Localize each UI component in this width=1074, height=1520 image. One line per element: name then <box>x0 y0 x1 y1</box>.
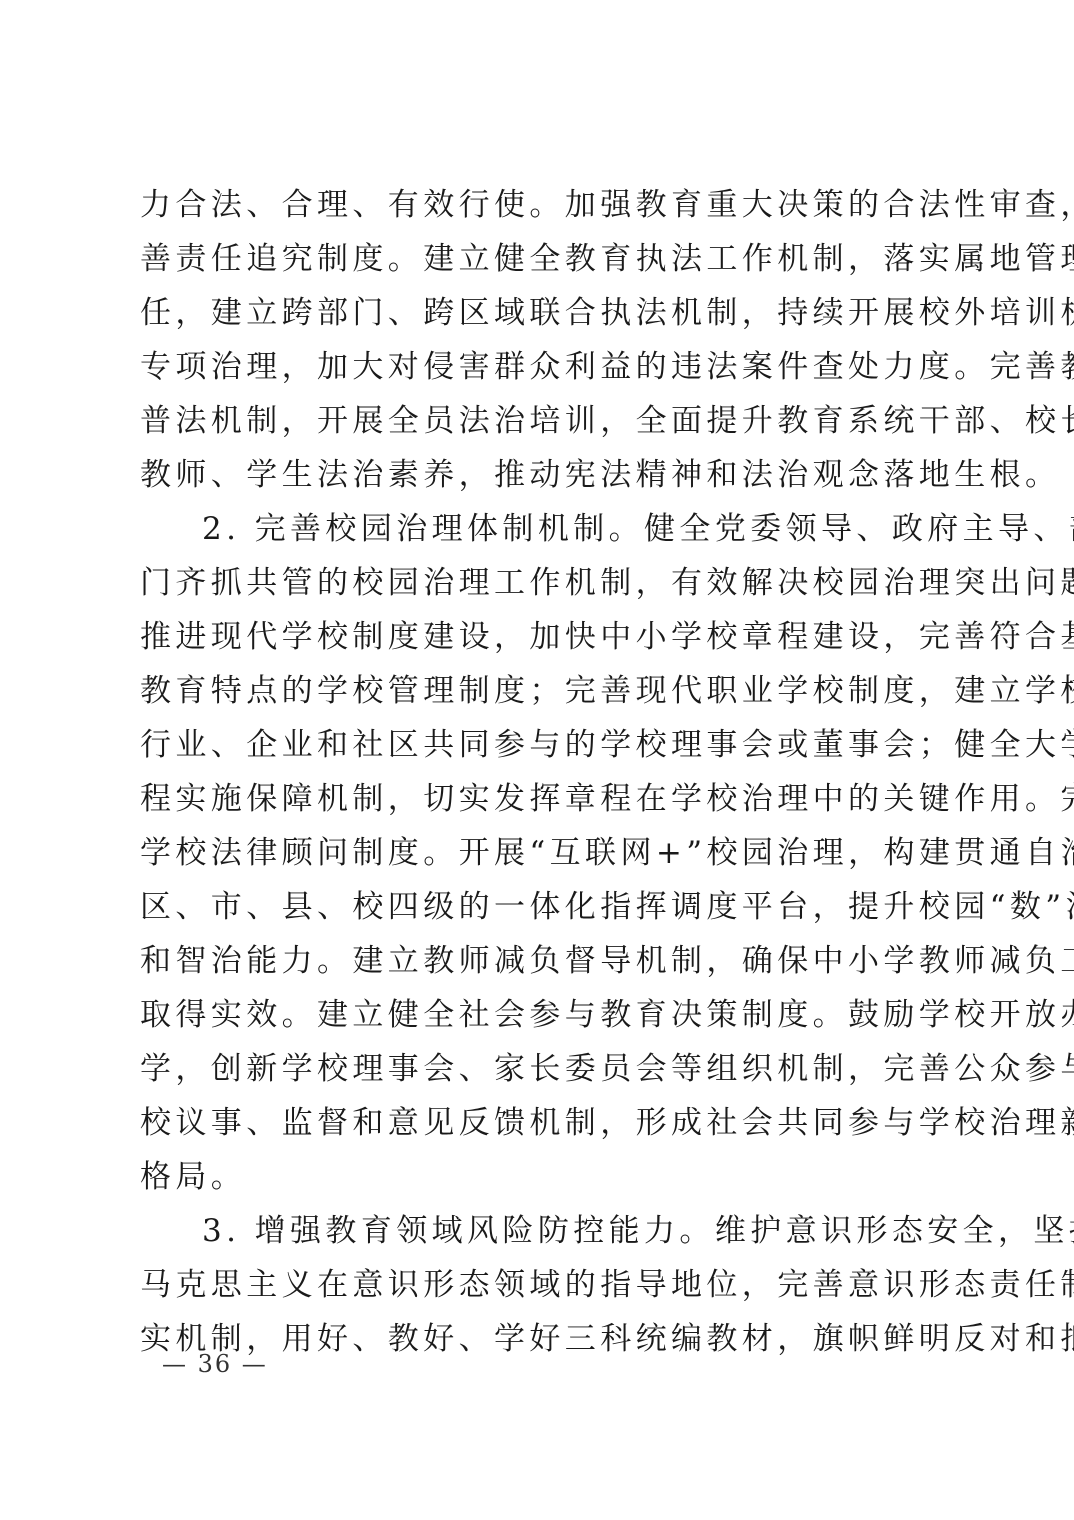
text-line: 推进现代学校制度建设，加快中小学校章程建设，完善符合基础 <box>140 610 940 664</box>
text-line: 善责任追究制度。建立健全教育执法工作机制，落实属地管理责 <box>140 232 940 286</box>
page-number: — 36 — <box>162 1350 268 1378</box>
text-line: 任，建立跨部门、跨区域联合执法机制，持续开展校外培训机构 <box>140 286 940 340</box>
text-line: 学校法律顾问制度。开展“互联网+”校园治理，构建贯通自治 <box>140 826 940 880</box>
text-line: 校议事、监督和意见反馈机制，形成社会共同参与学校治理新 <box>140 1096 940 1150</box>
text-line: 程实施保障机制，切实发挥章程在学校治理中的关键作用。完善 <box>140 772 940 826</box>
text-line: 格局。 <box>140 1150 940 1204</box>
text-line: 教师、学生法治素养，推动宪法精神和法治观念落地生根。 <box>140 448 940 502</box>
text-line: 门齐抓共管的校园治理工作机制，有效解决校园治理突出问题。 <box>140 556 940 610</box>
document-body: 力合法、合理、有效行使。加强教育重大决策的合法性审查，完 善责任追究制度。建立健… <box>140 178 940 1366</box>
text-line: 教育特点的学校管理制度；完善现代职业学校制度，建立学校、 <box>140 664 940 718</box>
text-line: 取得实效。建立健全社会参与教育决策制度。鼓励学校开放办 <box>140 988 940 1042</box>
text-line: 和智治能力。建立教师减负督导机制，确保中小学教师减负工作 <box>140 934 940 988</box>
section-heading-line: 2. 完善校园治理体制机制。健全党委领导、政府主导、部 <box>140 502 940 556</box>
text-line: 普法机制，开展全员法治培训，全面提升教育系统干部、校长、 <box>140 394 940 448</box>
text-line: 专项治理，加大对侵害群众利益的违法案件查处力度。完善教育 <box>140 340 940 394</box>
text-line: 行业、企业和社区共同参与的学校理事会或董事会；健全大学章 <box>140 718 940 772</box>
text-line: 力合法、合理、有效行使。加强教育重大决策的合法性审查，完 <box>140 178 940 232</box>
section-heading-line: 3. 增强教育领域风险防控能力。维护意识形态安全，坚持 <box>140 1204 940 1258</box>
text-line: 马克思主义在意识形态领域的指导地位，完善意识形态责任制落 <box>140 1258 940 1312</box>
text-line: 学，创新学校理事会、家长委员会等组织机制，完善公众参与学 <box>140 1042 940 1096</box>
text-line: 区、市、县、校四级的一体化指挥调度平台，提升校园“数”治 <box>140 880 940 934</box>
